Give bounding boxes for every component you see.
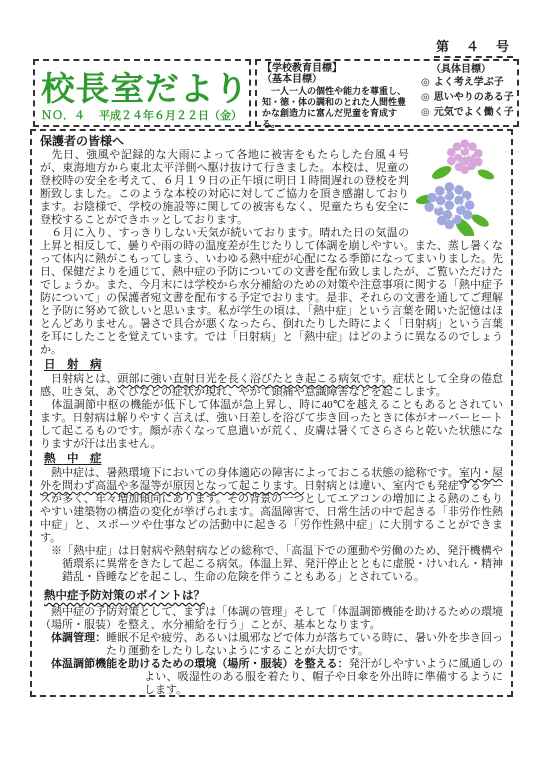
goals-body-text: 一人一人の個性や能力を尊重し、知・徳・体の調和のとれた人間性豊かな創造力に富んだ… xyxy=(262,86,414,130)
newsletter-number: ＮＯ．４ xyxy=(41,110,85,122)
hydrangea-illustration xyxy=(415,136,503,236)
heading-necchu-sho: 熱 中 症 xyxy=(44,453,102,466)
masthead-box: 校長室だより ＮＯ．４平成２４年６月２２日（金） xyxy=(33,59,251,127)
heading-nissha-byo: 日 射 病 xyxy=(44,359,102,372)
paragraph-nissha-detail: 体温調節中枢の機能が低下して体温が急上昇し、時に40℃を越えることもあるとされて… xyxy=(40,399,503,451)
section-nissha: 日 射 病 xyxy=(40,357,503,373)
goals-subheading: （基本目標） xyxy=(262,74,414,85)
section-necchu: 熱 中 症 xyxy=(40,451,503,467)
prevention-item-label: 体温調節機能を助けるための環境（場所・服装）を整える： xyxy=(40,658,349,670)
newsletter-page: 第 ４ 号 校長室だより ＮＯ．４平成２４年６月２２日（金） 【学校教育目標】 … xyxy=(0,0,543,768)
prevention-item-label: 体調管理： xyxy=(40,632,106,644)
heading-prevention-points: 熱中症予防対策のポイントは？ xyxy=(44,590,205,603)
school-goals-left-column: 【学校教育目標】 （基本目標） 一人一人の個性や能力を尊重し、知・徳・体の調和の… xyxy=(262,63,414,123)
main-letter-box: 保護者の皆様へ 先日、強風や記録的な大雨によって各地に被害をもたらした台風４号が… xyxy=(30,129,513,697)
text-segment: 熱中症は、暑熱環境下においての身体適応の障害によっておこる状態の総称です。 xyxy=(40,467,459,479)
newsletter-date: 平成２４年６月２２日（金） xyxy=(99,110,242,122)
header-row: 校長室だより ＮＯ．４平成２４年６月２２日（金） 【学校教育目標】 （基本目標）… xyxy=(33,59,512,127)
hydrangea-pink-bloom xyxy=(447,139,483,174)
prevention-item-taicho-kanri: 体調管理：睡眠不足や疲労、あるいは風邪などで体力が落ちている時に、暑い外を歩き回… xyxy=(40,632,503,658)
double-circle-bullet-icon: ◎ xyxy=(421,107,430,118)
school-goals-right-column: （具体目標） ◎よく考え学ぶ子 ◎思いやりのある子 ◎元気でよく働く子 xyxy=(414,63,514,123)
paragraph-prevention-intro: 熱中症の予防対策として、まずは「体調の管理」そして「体温調節機能を助けるための環… xyxy=(40,606,503,632)
goal-item-label: 元気でよく働く子 xyxy=(434,107,514,118)
school-goals-box: 【学校教育目標】 （基本目標） 一人一人の個性や能力を尊重し、知・徳・体の調和の… xyxy=(255,59,519,127)
goals-heading: 【学校教育目標】 xyxy=(262,63,414,74)
paragraph-season: ６月に入り、すっきりしない天気が続いております。晴れた日の気温の上昇と相反して、… xyxy=(40,227,503,357)
newsletter-title: 校長室だより xyxy=(41,70,249,110)
goal-item-label: 思いやりのある子 xyxy=(434,92,514,103)
goal-item: ◎思いやりのある子 xyxy=(421,90,514,105)
hydrangea-blue-bloom xyxy=(424,182,474,229)
prevention-item-text: 睡眠不足や疲労、あるいは風邪などで体力が落ちている時に、暑い外を歩き回ったり運動… xyxy=(106,632,503,657)
section-prevention: 熱中症予防対策のポイントは？ xyxy=(40,584,503,606)
paragraph-nissha-definition: 日射病とは、頭部に強い直射日光を長く浴びたとき起こる病気です。症状として全身の倦… xyxy=(40,373,503,399)
newsletter-number-date: ＮＯ．４平成２４年６月２２日（金） xyxy=(41,110,245,123)
text-segment-wavy-underline: 頭部に強い直射日光を長く浴びたとき起こる病気です。 xyxy=(117,373,392,385)
concrete-goals-heading: （具体目標） xyxy=(421,64,514,75)
double-circle-bullet-icon: ◎ xyxy=(421,92,430,103)
text-segment: 日射病とは、 xyxy=(40,373,117,385)
double-circle-bullet-icon: ◎ xyxy=(421,77,430,88)
issue-number: 第 ４ 号 xyxy=(434,36,513,58)
note-necchu-glossary: ※「熱中症」は日射病や熱射病などの総称で、「高温下での運動や労働のため、発汗機構… xyxy=(40,545,503,584)
goal-item: ◎元気でよく働く子 xyxy=(421,105,514,120)
goal-item: ◎よく考え学ぶ子 xyxy=(421,75,514,90)
prevention-item-taion-chosetsu: 体温調節機能を助けるための環境（場所・服装）を整える：発汗がしやすいように風通し… xyxy=(40,658,503,697)
hydrangea-icon xyxy=(415,136,503,236)
goal-item-label: よく考え学ぶ子 xyxy=(434,77,504,88)
paragraph-necchu-definition: 熱中症は、暑熱環境下においての身体適応の障害によっておこる状態の総称です。室内・… xyxy=(40,467,503,545)
